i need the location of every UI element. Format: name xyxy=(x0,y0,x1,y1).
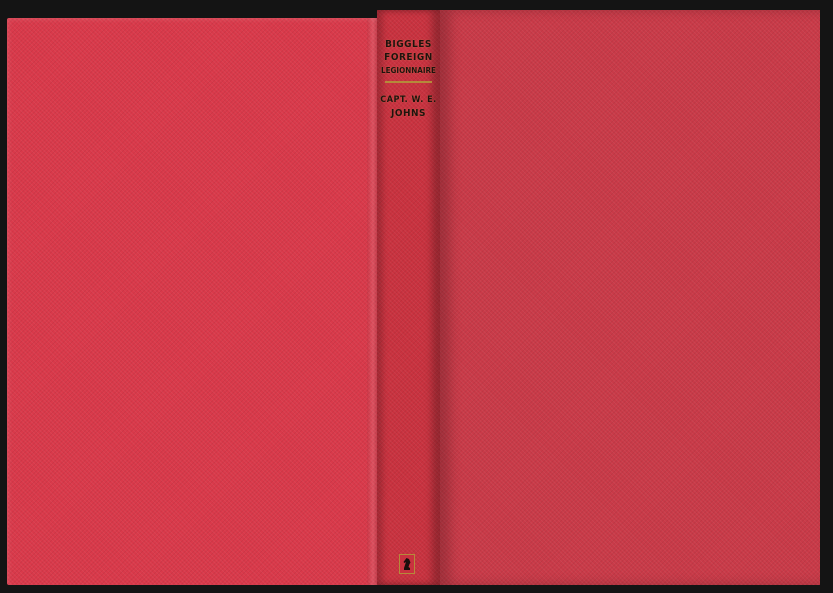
spine-title-line: BIGGLES xyxy=(377,38,440,51)
knight-chess-piece-icon xyxy=(402,557,412,571)
spine-author-line: CAPT. W. E. xyxy=(377,94,440,107)
spine-title-line: FOREIGN xyxy=(377,51,440,64)
spine-divider-rule xyxy=(385,81,432,83)
spine-title-line: LEGIONNAIRE xyxy=(377,64,440,77)
spine: BIGGLES FOREIGN LEGIONNAIRE CAPT. W. E. … xyxy=(377,10,440,585)
publisher-logo xyxy=(399,554,415,574)
spine-author-line: JOHNS xyxy=(377,107,440,120)
spine-title: BIGGLES FOREIGN LEGIONNAIRE xyxy=(377,38,440,77)
front-cover xyxy=(440,10,820,585)
spine-author: CAPT. W. E. JOHNS xyxy=(377,94,440,120)
book-cover-photo: BIGGLES FOREIGN LEGIONNAIRE CAPT. W. E. … xyxy=(7,10,820,585)
back-cover xyxy=(7,18,377,585)
